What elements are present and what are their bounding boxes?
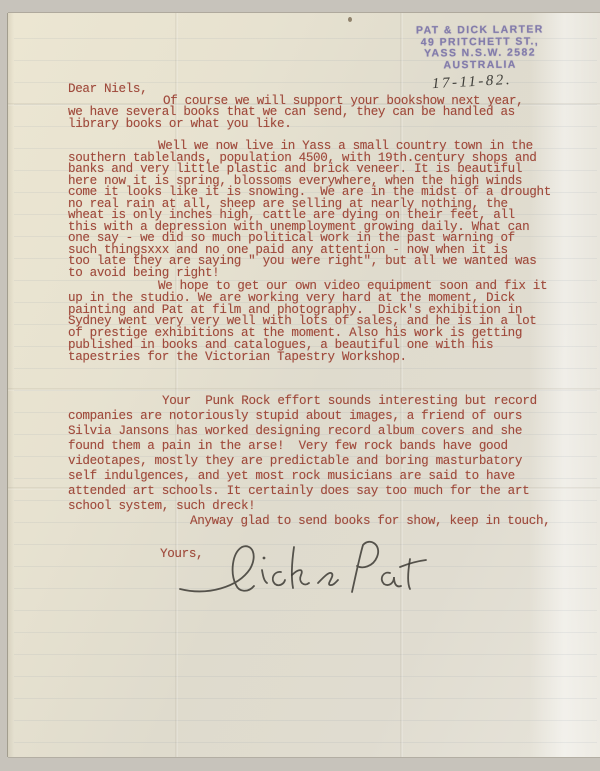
address-stamp: PAT & DICK LARTER 49 PRITCHETT ST., YASS… [360,24,600,72]
letter-line: attended art schools. It certainly does … [68,484,593,499]
letter-line: self indulgences, and yet most rock musi… [68,469,593,484]
letter-line: Your Punk Rock effort sounds interesting… [68,394,593,409]
letter-line: to avoid being right! [68,268,593,280]
letter-paragraph-body: We hope to get our own video equipment s… [68,281,593,364]
letter-paragraph-body: Anyway glad to send books for show, keep… [68,514,593,529]
stamp-line-country: AUSTRALIA [360,58,600,72]
letter-line: tapestries for the Victorian Tapestry Wo… [68,352,593,364]
letter-paragraph-body: Of course we will support your bookshow … [68,96,593,131]
paper-speck [348,17,352,22]
letter-line: companies are notoriously stupid about i… [68,409,593,424]
letter-line: Anyway glad to send books for show, keep… [68,514,593,529]
scanned-letter: PAT & DICK LARTER 49 PRITCHETT ST., YASS… [0,0,600,771]
letter-paper: PAT & DICK LARTER 49 PRITCHETT ST., YASS… [8,13,600,757]
letter-line: school system, such dreck! [68,499,593,514]
letter-body: Dear Niels,Of course we will support you… [68,84,593,562]
letter-line: library books or what you like. [68,119,593,131]
signature-dick-and-pat [178,533,428,605]
letter-line: videotapes, mostly they are predictable … [68,454,593,469]
letter-paragraph-body: Your Punk Rock effort sounds interesting… [68,394,593,514]
letter-line: found them a pain in the arse! Very few … [68,439,593,454]
letter-paragraph-body: Well we now live in Yass a small country… [68,141,593,279]
letter-line: Silvia Jansons has worked designing reco… [68,424,593,439]
